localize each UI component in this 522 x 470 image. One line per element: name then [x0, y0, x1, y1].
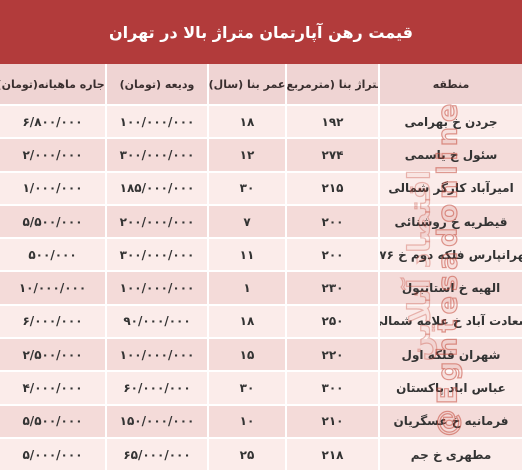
- price-table: منطقهمتراژ بنا (مترمربع)عمر بنا (سال)ودی…: [0, 64, 522, 470]
- table-cell: ۲۷۴: [287, 139, 378, 170]
- table-cell: ۵۰۰/۰۰۰: [0, 239, 105, 270]
- table-cell: ۱۸: [209, 306, 285, 337]
- table-cell: ۲۰۰: [287, 206, 378, 237]
- region-cell: شهران فلکه اول: [380, 339, 522, 370]
- table-cell: ۵/۰۰۰/۰۰۰: [0, 439, 105, 470]
- rent-price-table-page: قیمت رهن آپارتمان متراژ بالا در تهران من…: [0, 0, 522, 470]
- table-cell: ۳۰۰/۰۰۰/۰۰۰: [107, 239, 207, 270]
- table-cell: ۱۰/۰۰۰/۰۰۰: [0, 272, 105, 303]
- table-cell: ۲۱۰: [287, 406, 378, 437]
- region-cell: مطهری خ جم: [380, 439, 522, 470]
- table-cell: ۲۲۰: [287, 339, 378, 370]
- table-cell: ۳۰: [209, 173, 285, 204]
- table-cell: ۹۰/۰۰۰/۰۰۰: [107, 306, 207, 337]
- region-cell: سئول خ یاسمی: [380, 139, 522, 170]
- region-cell: قیطریه خ روشنائی: [380, 206, 522, 237]
- table-cell: ۲۵: [209, 439, 285, 470]
- region-cell: امیرآباد کارگر شمالی: [380, 173, 522, 204]
- table-cell: ۱۵: [209, 339, 285, 370]
- region-cell: الهیه خ استانبول: [380, 272, 522, 303]
- region-cell: جردن خ بهرامی: [380, 106, 522, 137]
- column-header: اجاره ماهیانه(تومان): [0, 64, 105, 104]
- table-cell: ۵/۵۰۰/۰۰۰: [0, 406, 105, 437]
- region-cell: سعادت آباد خ علامه شمالی: [380, 306, 522, 337]
- table-cell: ۱۸۵/۰۰۰/۰۰۰: [107, 173, 207, 204]
- column-header: عمر بنا (سال): [209, 64, 285, 104]
- column-header: متراژ بنا (مترمربع): [287, 64, 378, 104]
- table-cell: ۶۰/۰۰۰/۰۰۰: [107, 372, 207, 403]
- table-cell: ۲۱۸: [287, 439, 378, 470]
- table-cell: ۱۰۰/۰۰۰/۰۰۰: [107, 339, 207, 370]
- table-cell: ۴/۰۰۰/۰۰۰: [0, 372, 105, 403]
- table-cell: ۱۲: [209, 139, 285, 170]
- table-cell: ۳۰۰/۰۰۰/۰۰۰: [107, 139, 207, 170]
- table-cell: ۱۰: [209, 406, 285, 437]
- table-cell: ۷: [209, 206, 285, 237]
- region-cell: فرمانیه خ عسگریان: [380, 406, 522, 437]
- table-cell: ۶/۸۰۰/۰۰۰: [0, 106, 105, 137]
- table-cell: ۲۰۰/۰۰۰/۰۰۰: [107, 206, 207, 237]
- table-cell: ۱۰۰/۰۰۰/۰۰۰: [107, 106, 207, 137]
- table-cell: ۲۵۰: [287, 306, 378, 337]
- table-cell: ۱۹۲: [287, 106, 378, 137]
- table-cell: ۲۰۰: [287, 239, 378, 270]
- table-cell: ۱۵۰/۰۰۰/۰۰۰: [107, 406, 207, 437]
- page-title: قیمت رهن آپارتمان متراژ بالا در تهران: [0, 0, 522, 64]
- table-cell: ۱۰۰/۰۰۰/۰۰۰: [107, 272, 207, 303]
- table-cell: ۲۱۵: [287, 173, 378, 204]
- table-cell: ۱/۰۰۰/۰۰۰: [0, 173, 105, 204]
- table-cell: ۳۰: [209, 372, 285, 403]
- table-cell: ۵/۵۰۰/۰۰۰: [0, 206, 105, 237]
- region-cell: تهرانپارس فلکه دوم خ ۱۷۶: [380, 239, 522, 270]
- table-cell: ۲۳۰: [287, 272, 378, 303]
- table-cell: ۱: [209, 272, 285, 303]
- column-header: ودیعه (تومان): [107, 64, 207, 104]
- table-cell: ۲/۵۰۰/۰۰۰: [0, 339, 105, 370]
- table-cell: ۳۰۰: [287, 372, 378, 403]
- table-cell: ۲/۰۰۰/۰۰۰: [0, 139, 105, 170]
- table-cell: ۶/۰۰۰/۰۰۰: [0, 306, 105, 337]
- table-cell: ۶۵/۰۰۰/۰۰۰: [107, 439, 207, 470]
- table-cell: ۱۸: [209, 106, 285, 137]
- column-header: منطقه: [380, 64, 522, 104]
- region-cell: عباس اباد پاکستان: [380, 372, 522, 403]
- table-cell: ۱۱: [209, 239, 285, 270]
